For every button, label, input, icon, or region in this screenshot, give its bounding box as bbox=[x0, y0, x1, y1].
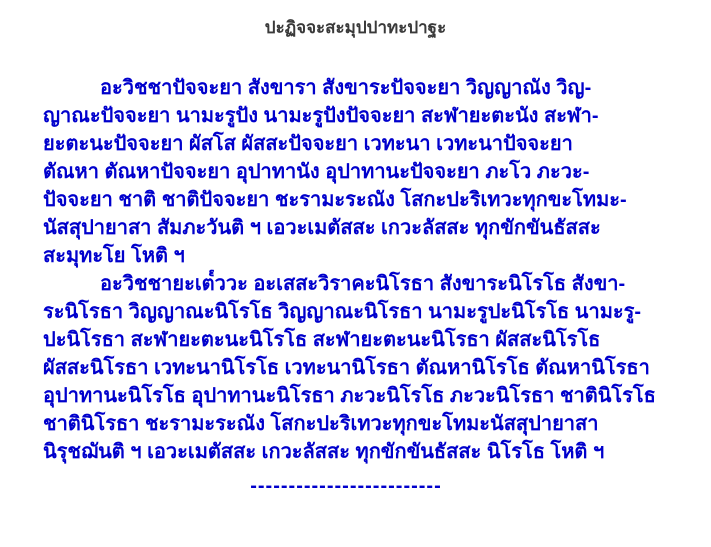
text-line: ผัสสะนิโรธา เวทะนานิโรโธ เวทะนานิโรธา ตั… bbox=[43, 354, 649, 382]
text-line: นิรุชฌันติ ฯ เอวะเมตัสสะ เกวะลัสสะ ทุกขั… bbox=[43, 438, 649, 466]
text-line: ญาณะปัจจะยา นามะรูปัง นามะรูปังปัจจะยา ส… bbox=[43, 102, 649, 130]
text-line: สะมุทะโย โหติ ฯ bbox=[43, 242, 649, 270]
text-line: ระนิโรธา วิญญาณะนิโรโธ วิญญาณะนิโรธา นาม… bbox=[43, 298, 649, 326]
text-line: นัสสุปายาสา สัมภะวันติ ฯ เอวะเมตัสสะ เกว… bbox=[43, 214, 649, 242]
document-title: ปะฏิจจะสะมุปปาทะปาฐะ bbox=[0, 16, 711, 40]
divider-line: ------------------------- bbox=[43, 472, 649, 500]
text-line: ยะตะนะปัจจะยา ผัสโส ผัสสะปัจจะยา เวทะนา … bbox=[43, 130, 649, 158]
document-body: อะวิชชาปัจจะยา สังขารา สังขาระปัจจะยา วิ… bbox=[0, 74, 711, 500]
text-line: ชาตินิโรธา ชะรามะระณัง โสกะปะริเทวะทุกขะ… bbox=[43, 410, 649, 438]
text-line: ตัณหา ตัณหาปัจจะยา อุปาทานัง อุปาทานะปัจ… bbox=[43, 158, 649, 186]
text-line: อุปาทานะนิโรโธ อุปาทานะนิโรธา ภะวะนิโรโธ… bbox=[43, 382, 649, 410]
document-page: ปะฏิจจะสะมุปปาทะปาฐะ อะวิชชาปัจจะยา สังข… bbox=[0, 0, 711, 547]
text-line: อะวิชชาปัจจะยา สังขารา สังขาระปัจจะยา วิ… bbox=[43, 74, 649, 102]
text-line: อะวิชชายะเต๎ววะ อะเสสะวิราคะนิโรธา สังขา… bbox=[43, 270, 649, 298]
text-line: ปัจจะยา ชาติ ชาติปัจจะยา ชะรามะระณัง โสก… bbox=[43, 186, 649, 214]
text-line: ปะนิโรธา สะฬายะตะนะนิโรโธ สะฬายะตะนะนิโร… bbox=[43, 326, 649, 354]
